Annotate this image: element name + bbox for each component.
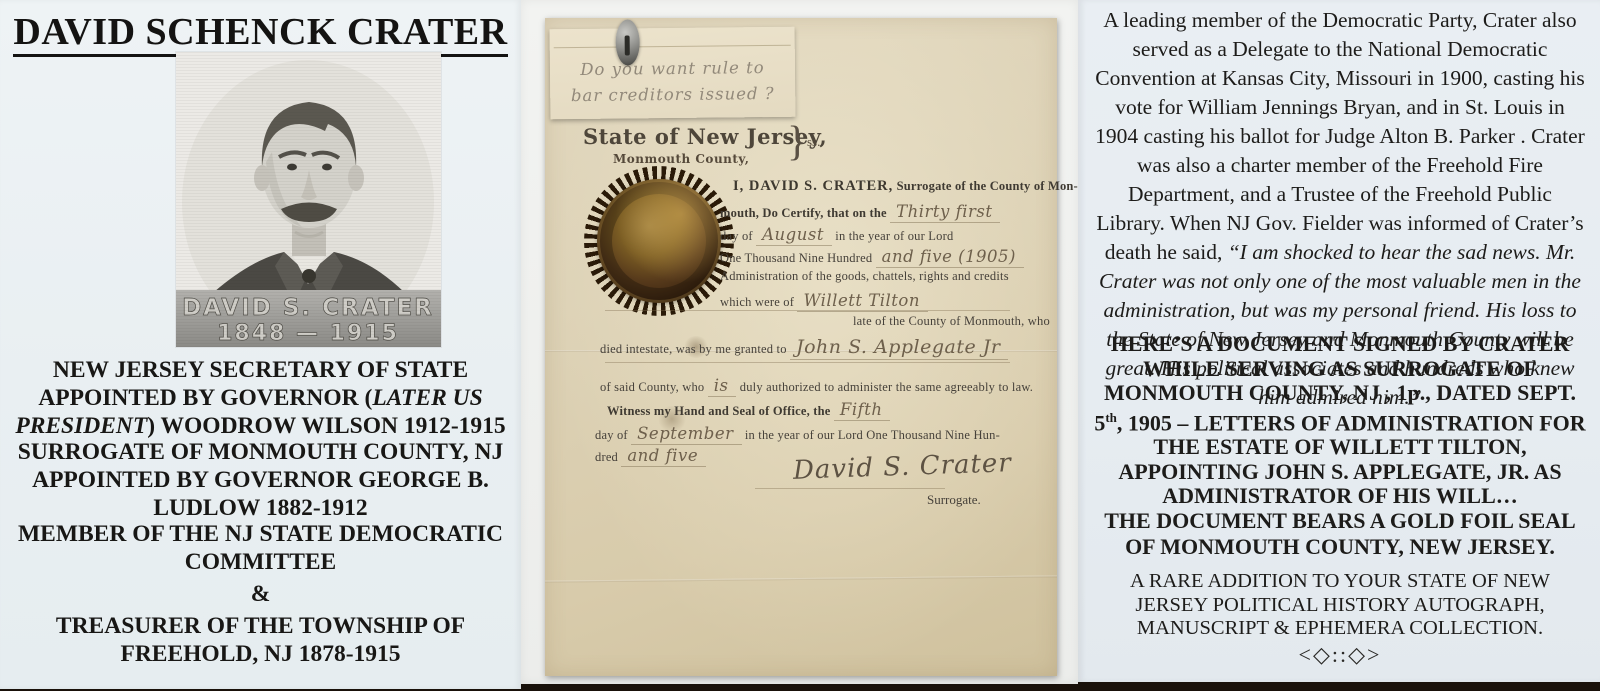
- doc-line-certify: mouth, Do Certify, that on the Thirty fi…: [720, 202, 1000, 221]
- role-line-committee: MEMBER OF THE NJ STATE DEMOCRATIC COMMIT…: [12, 520, 509, 576]
- seal-heading: THE DOCUMENT BEARS A GOLD FOIL SEAL OF M…: [1092, 508, 1588, 560]
- doc-line-authorized: of said County, who is duly authorized t…: [600, 376, 1033, 395]
- ss-brace: }: [787, 118, 807, 166]
- note-handwriting: Do you want rule to bar creditors issued…: [550, 55, 796, 110]
- blank-rule: [605, 362, 1010, 363]
- note-ruled-line: [554, 45, 791, 48]
- doc-line-day-september: day of September in the year of our Lord…: [595, 424, 1000, 443]
- doc-line-administration: Administration of the goods, chattels, r…: [720, 269, 1009, 284]
- paper-crease: [545, 575, 1057, 582]
- signature-rule: [755, 488, 945, 489]
- portrait-caption-name: DAVID S. CRATER: [182, 295, 434, 321]
- metal-fastener-icon: [615, 19, 639, 65]
- letters-of-administration-document: Do you want rule to bar creditors issued…: [545, 18, 1057, 676]
- blank-rule: [605, 310, 1010, 311]
- role-line-surrogate: SURROGATE OF MONMOUTH COUNTY, NJ APPOINT…: [12, 438, 509, 522]
- gold-foil-seal: [584, 166, 734, 316]
- doc-line-intro: I, DAVID S. CRATER, Surrogate of the Cou…: [733, 178, 1078, 195]
- signature-title: Surrogate.: [927, 492, 981, 508]
- pinned-note: Do you want rule to bar creditors issued…: [550, 27, 796, 120]
- note-line: bar creditors issued ?: [550, 81, 795, 110]
- divider-ornament: <◇::◇>: [1092, 642, 1588, 668]
- role-line-treasurer: TREASURER OF THE TOWNSHIP OF FREEHOLD, N…: [12, 612, 509, 668]
- doc-line-day-august: day of August in the year of our Lord: [720, 225, 953, 244]
- doc-line-granted-to: died intestate, was by me granted to Joh…: [600, 336, 1008, 358]
- closing-line: A RARE ADDITION TO YOUR STATE OF NEW JER…: [1092, 570, 1588, 641]
- seal-glint: [597, 179, 721, 303]
- role-line-secretary: NEW JERSEY SECRETARY OF STATE APPOINTED …: [12, 356, 509, 440]
- document-backing: Do you want rule to bar creditors issued…: [521, 0, 1078, 684]
- portrait: DAVID S. CRATER 1848 — 1915: [176, 52, 441, 347]
- left-bio-panel: DAVID SCHENCK CRATER: [0, 0, 521, 689]
- doc-line-late-of-county: late of the County of Monmouth, who: [853, 314, 1050, 329]
- ss-abbrev: ss.: [807, 134, 820, 150]
- doc-line-year-1905: One Thousand Nine Hundred and five (1905…: [720, 247, 1024, 266]
- portrait-image: DAVID S. CRATER 1848 — 1915: [176, 52, 441, 347]
- doc-header-county: Monmouth County,: [613, 152, 749, 166]
- page-title: DAVID SCHENCK CRATER: [0, 0, 521, 54]
- portrait-caption-years: 1848 — 1915: [217, 321, 399, 346]
- crater-signature: David S. Crater: [793, 448, 1013, 486]
- doc-line-dred: dred and five: [595, 446, 706, 465]
- listing-scan: { "left_panel": { "title": "DAVID SCHENC…: [0, 0, 1600, 691]
- doc-line-which-were-of: which were of Willett Tilton: [720, 291, 928, 310]
- listing-heading: HERE’S A DOCUMENT SIGNED BY CRATER WHILE…: [1092, 332, 1588, 509]
- note-line: Do you want rule to: [550, 55, 795, 84]
- ampersand: &: [12, 580, 509, 608]
- doc-line-witness: Witness my Hand and Seal of Office, the …: [607, 400, 890, 419]
- right-description-panel: A leading member of the Democratic Party…: [1078, 0, 1600, 682]
